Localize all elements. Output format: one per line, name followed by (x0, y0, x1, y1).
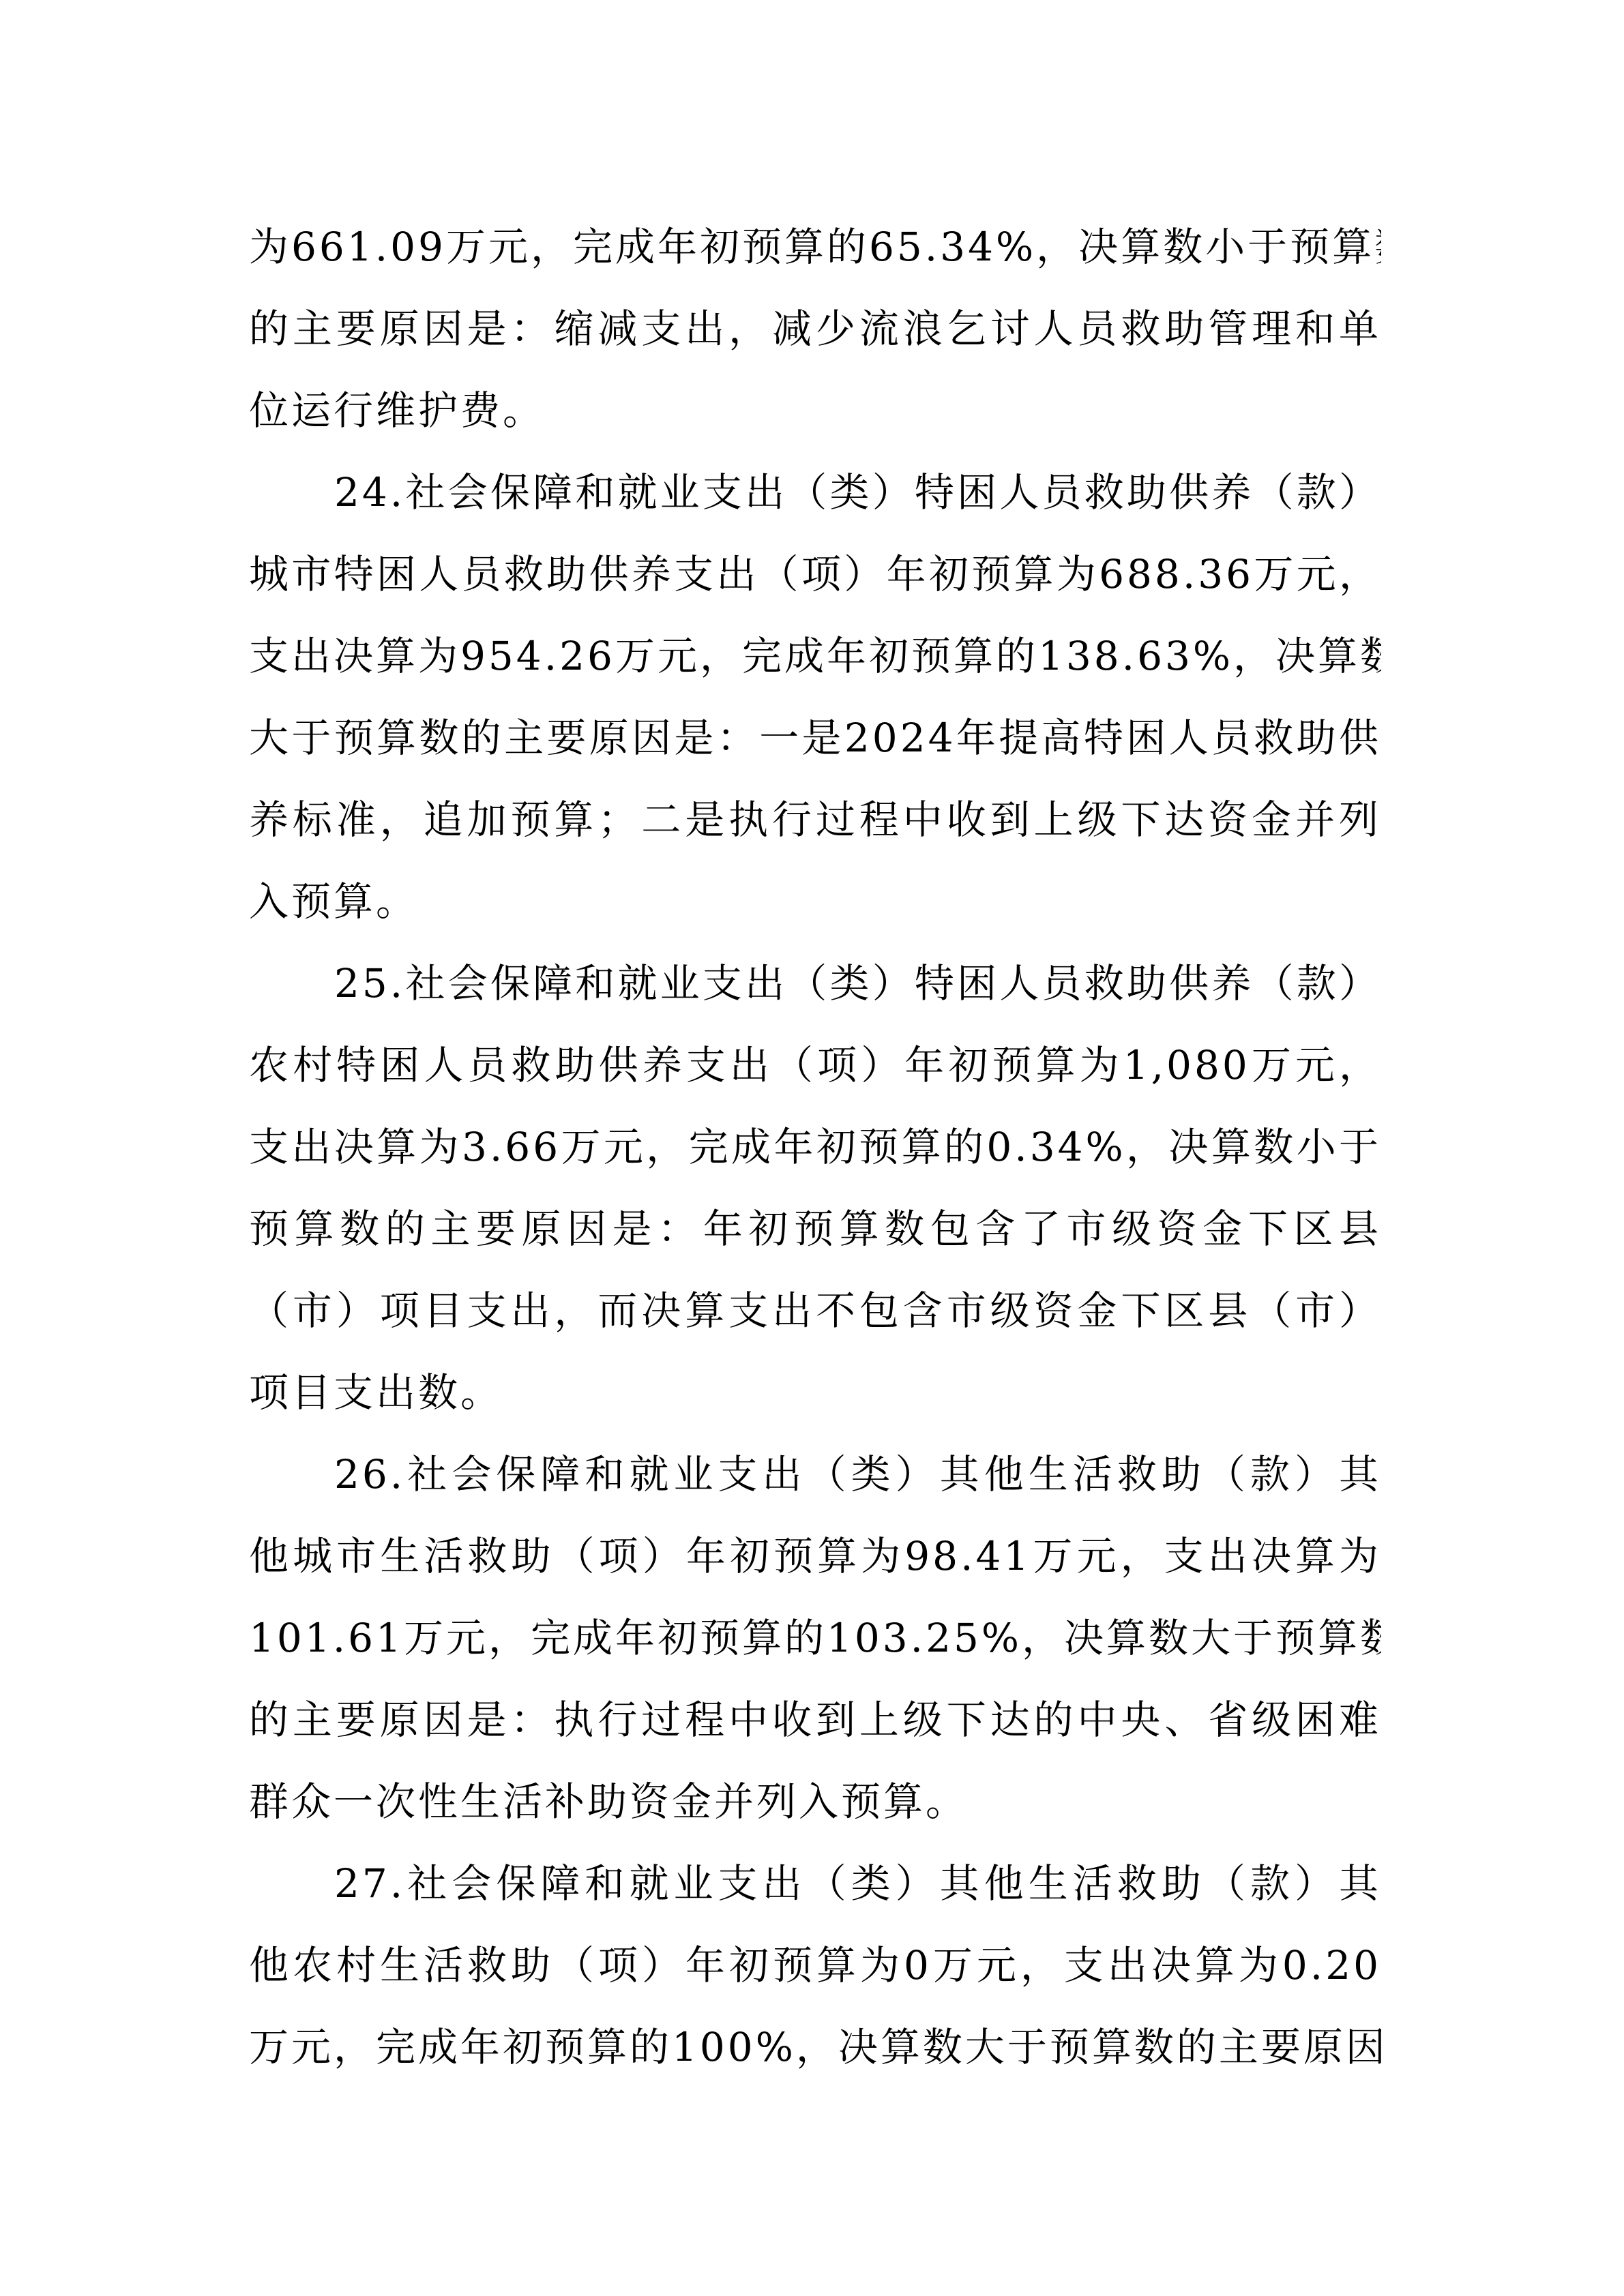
text-line: 项目支出数。 (249, 1352, 1381, 1433)
text-line: 支出决算为954.26万元，完成年初预算的138.63%，决算数 (249, 615, 1381, 697)
text-line: 为661.09万元，完成年初预算的65.34%，决算数小于预算数 (249, 206, 1381, 288)
text-line: 城市特困人员救助供养支出（项）年初预算为688.36万元， (249, 533, 1381, 615)
paragraph-26: 26.社会保障和就业支出（类）其他生活救助（款）其 他城市生活救助（项）年初预算… (249, 1433, 1381, 1843)
paragraph-heading-line: 27.社会保障和就业支出（类）其他生活救助（款）其 (249, 1843, 1381, 1924)
text-line: 入预算。 (249, 861, 1381, 942)
paragraph-heading-line: 26.社会保障和就业支出（类）其他生活救助（款）其 (249, 1433, 1381, 1515)
text-line: 的主要原因是：缩减支出，减少流浪乞讨人员救助管理和单 (249, 288, 1381, 370)
text-line: 大于预算数的主要原因是：一是2024年提高特困人员救助供 (249, 697, 1381, 779)
text-line: 他农村生活救助（项）年初预算为0万元，支出决算为0.20 (249, 1924, 1381, 2006)
paragraph-heading-line: 25.社会保障和就业支出（类）特困人员救助供养（款） (249, 942, 1381, 1024)
text-line: 群众一次性生活补助资金并列入预算。 (249, 1761, 1381, 1843)
paragraph-heading-line: 24.社会保障和就业支出（类）特困人员救助供养（款） (249, 451, 1381, 533)
paragraph-23-continuation: 为661.09万元，完成年初预算的65.34%，决算数小于预算数 的主要原因是：… (249, 206, 1381, 451)
text-line: 位运行维护费。 (249, 370, 1381, 451)
paragraph-25: 25.社会保障和就业支出（类）特困人员救助供养（款） 农村特困人员救助供养支出（… (249, 942, 1381, 1433)
paragraph-27: 27.社会保障和就业支出（类）其他生活救助（款）其 他农村生活救助（项）年初预算… (249, 1843, 1381, 2088)
text-line: 万元，完成年初预算的100%，决算数大于预算数的主要原因 (249, 2006, 1381, 2088)
text-line: 101.61万元，完成年初预算的103.25%，决算数大于预算数 (249, 1597, 1381, 1679)
text-line: 预算数的主要原因是：年初预算数包含了市级资金下区县 (249, 1188, 1381, 1270)
text-line: （市）项目支出，而决算支出不包含市级资金下区县（市） (249, 1270, 1381, 1352)
paragraph-24: 24.社会保障和就业支出（类）特困人员救助供养（款） 城市特困人员救助供养支出（… (249, 451, 1381, 942)
text-line: 养标准，追加预算；二是执行过程中收到上级下达资金并列 (249, 779, 1381, 861)
text-line: 的主要原因是：执行过程中收到上级下达的中央、省级困难 (249, 1679, 1381, 1761)
document-page: 为661.09万元，完成年初预算的65.34%，决算数小于预算数 的主要原因是：… (249, 206, 1381, 2088)
text-line: 农村特困人员救助供养支出（项）年初预算为1,080万元， (249, 1024, 1381, 1106)
text-line: 他城市生活救助（项）年初预算为98.41万元，支出决算为 (249, 1515, 1381, 1597)
text-line: 支出决算为3.66万元，完成年初预算的0.34%，决算数小于 (249, 1106, 1381, 1188)
